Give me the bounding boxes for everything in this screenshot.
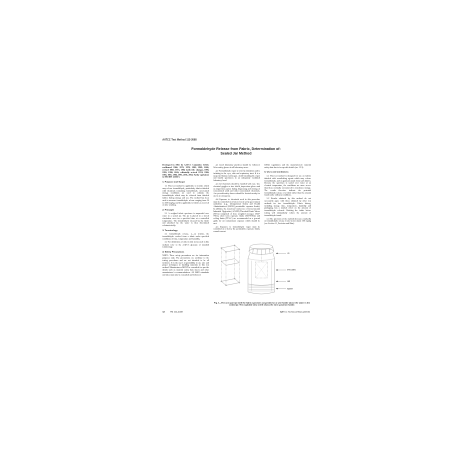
text-column-2: 4.1 Good laboratory practices should be … <box>213 164 260 234</box>
history-paragraph: Developed in 1965 by AATCC Committee RA6… <box>162 164 209 178</box>
figure-1: LID SPECIMEN JAR WATER <box>214 242 310 300</box>
footer-method-code: TM 112-2008 <box>170 311 183 313</box>
exploded-holder-icon <box>221 245 240 286</box>
water-hatching <box>249 286 274 291</box>
footer-right: AATCC Technical Manual/2010 <box>280 311 310 313</box>
section-5-heading: 5. Uses and Limitations <box>264 171 311 173</box>
paragraph-1-1: 1.1 This test method is applicable to te… <box>162 185 209 207</box>
section-3-heading: 3. Terminology <box>162 229 209 231</box>
leader-arrows <box>276 253 286 289</box>
paragraph-4-2: 4.2 Formaldehyde vapor is toxic by inhal… <box>213 170 260 182</box>
label-water: WATER <box>287 287 294 290</box>
jar-icon <box>248 244 275 294</box>
paragraph-3-2: 3.2 For definitions of other textile ter… <box>162 241 209 248</box>
paragraph-5-1: 5.1 This test method is designed for use… <box>264 175 311 197</box>
page-title-line2: Sealed Jar Method <box>160 151 312 155</box>
paragraph-4-3: 4.3 All chemicals should be handled with… <box>213 183 260 197</box>
paragraph-4-5: 4.5 Exposure to formaldehyde vapor must … <box>213 226 260 233</box>
section-2-heading: 2. Principle <box>162 209 209 211</box>
sealed-jar-diagram: LID SPECIMEN JAR WATER <box>214 242 310 300</box>
text-column-3: OSHA regulations and the manufacturers' … <box>264 164 311 226</box>
paragraph-3-1: 3.1 formaldehyde release, n.—in textiles… <box>162 233 209 240</box>
label-jar: JAR <box>287 280 291 283</box>
page-title: Formaldehyde Release from Fabric, Determ… <box>160 147 312 156</box>
figure-caption: Fig. 1—The one quart jar with the fabric… <box>213 302 311 307</box>
footer-page-number: 12 <box>162 311 164 313</box>
paragraph-4-1: 4.1 Good laboratory practices should be … <box>213 164 260 169</box>
paragraph-4-4: 4.4 Exposure to chemicals used in this p… <box>213 198 260 224</box>
footer-left: 12 TM 112-2008 <box>162 311 182 313</box>
text-column-1: Developed in 1965 by AATCC Committee RA6… <box>162 164 209 277</box>
paragraph-5-3: 5.3 The precision of the method decrease… <box>264 218 311 225</box>
safety-note: NOTE: These safety precautions are for i… <box>162 254 209 276</box>
paragraph-5-2: 5.2 Results obtained by this method do n… <box>264 197 311 216</box>
section-1-heading: 1. Purpose and Scope <box>162 181 209 183</box>
figure-labels: LID SPECIMEN JAR WATER <box>287 253 296 290</box>
document-page: AATCC Test Method 112-2008 Formaldehyde … <box>160 137 313 316</box>
method-header: AATCC Test Method 112-2008 <box>162 139 196 141</box>
paragraph-2-1: 2.1 A weighed fabric specimen is suspend… <box>162 212 209 226</box>
section-4-heading: 4. Safety Precautions <box>162 251 209 253</box>
label-specimen: SPECIMEN <box>287 270 296 272</box>
label-lid: LID <box>287 253 290 255</box>
page-footer: 12 TM 112-2008 AATCC Technical Manual/20… <box>162 311 310 313</box>
paragraph-4-5-continued: OSHA regulations and the manufacturers' … <box>264 164 311 169</box>
